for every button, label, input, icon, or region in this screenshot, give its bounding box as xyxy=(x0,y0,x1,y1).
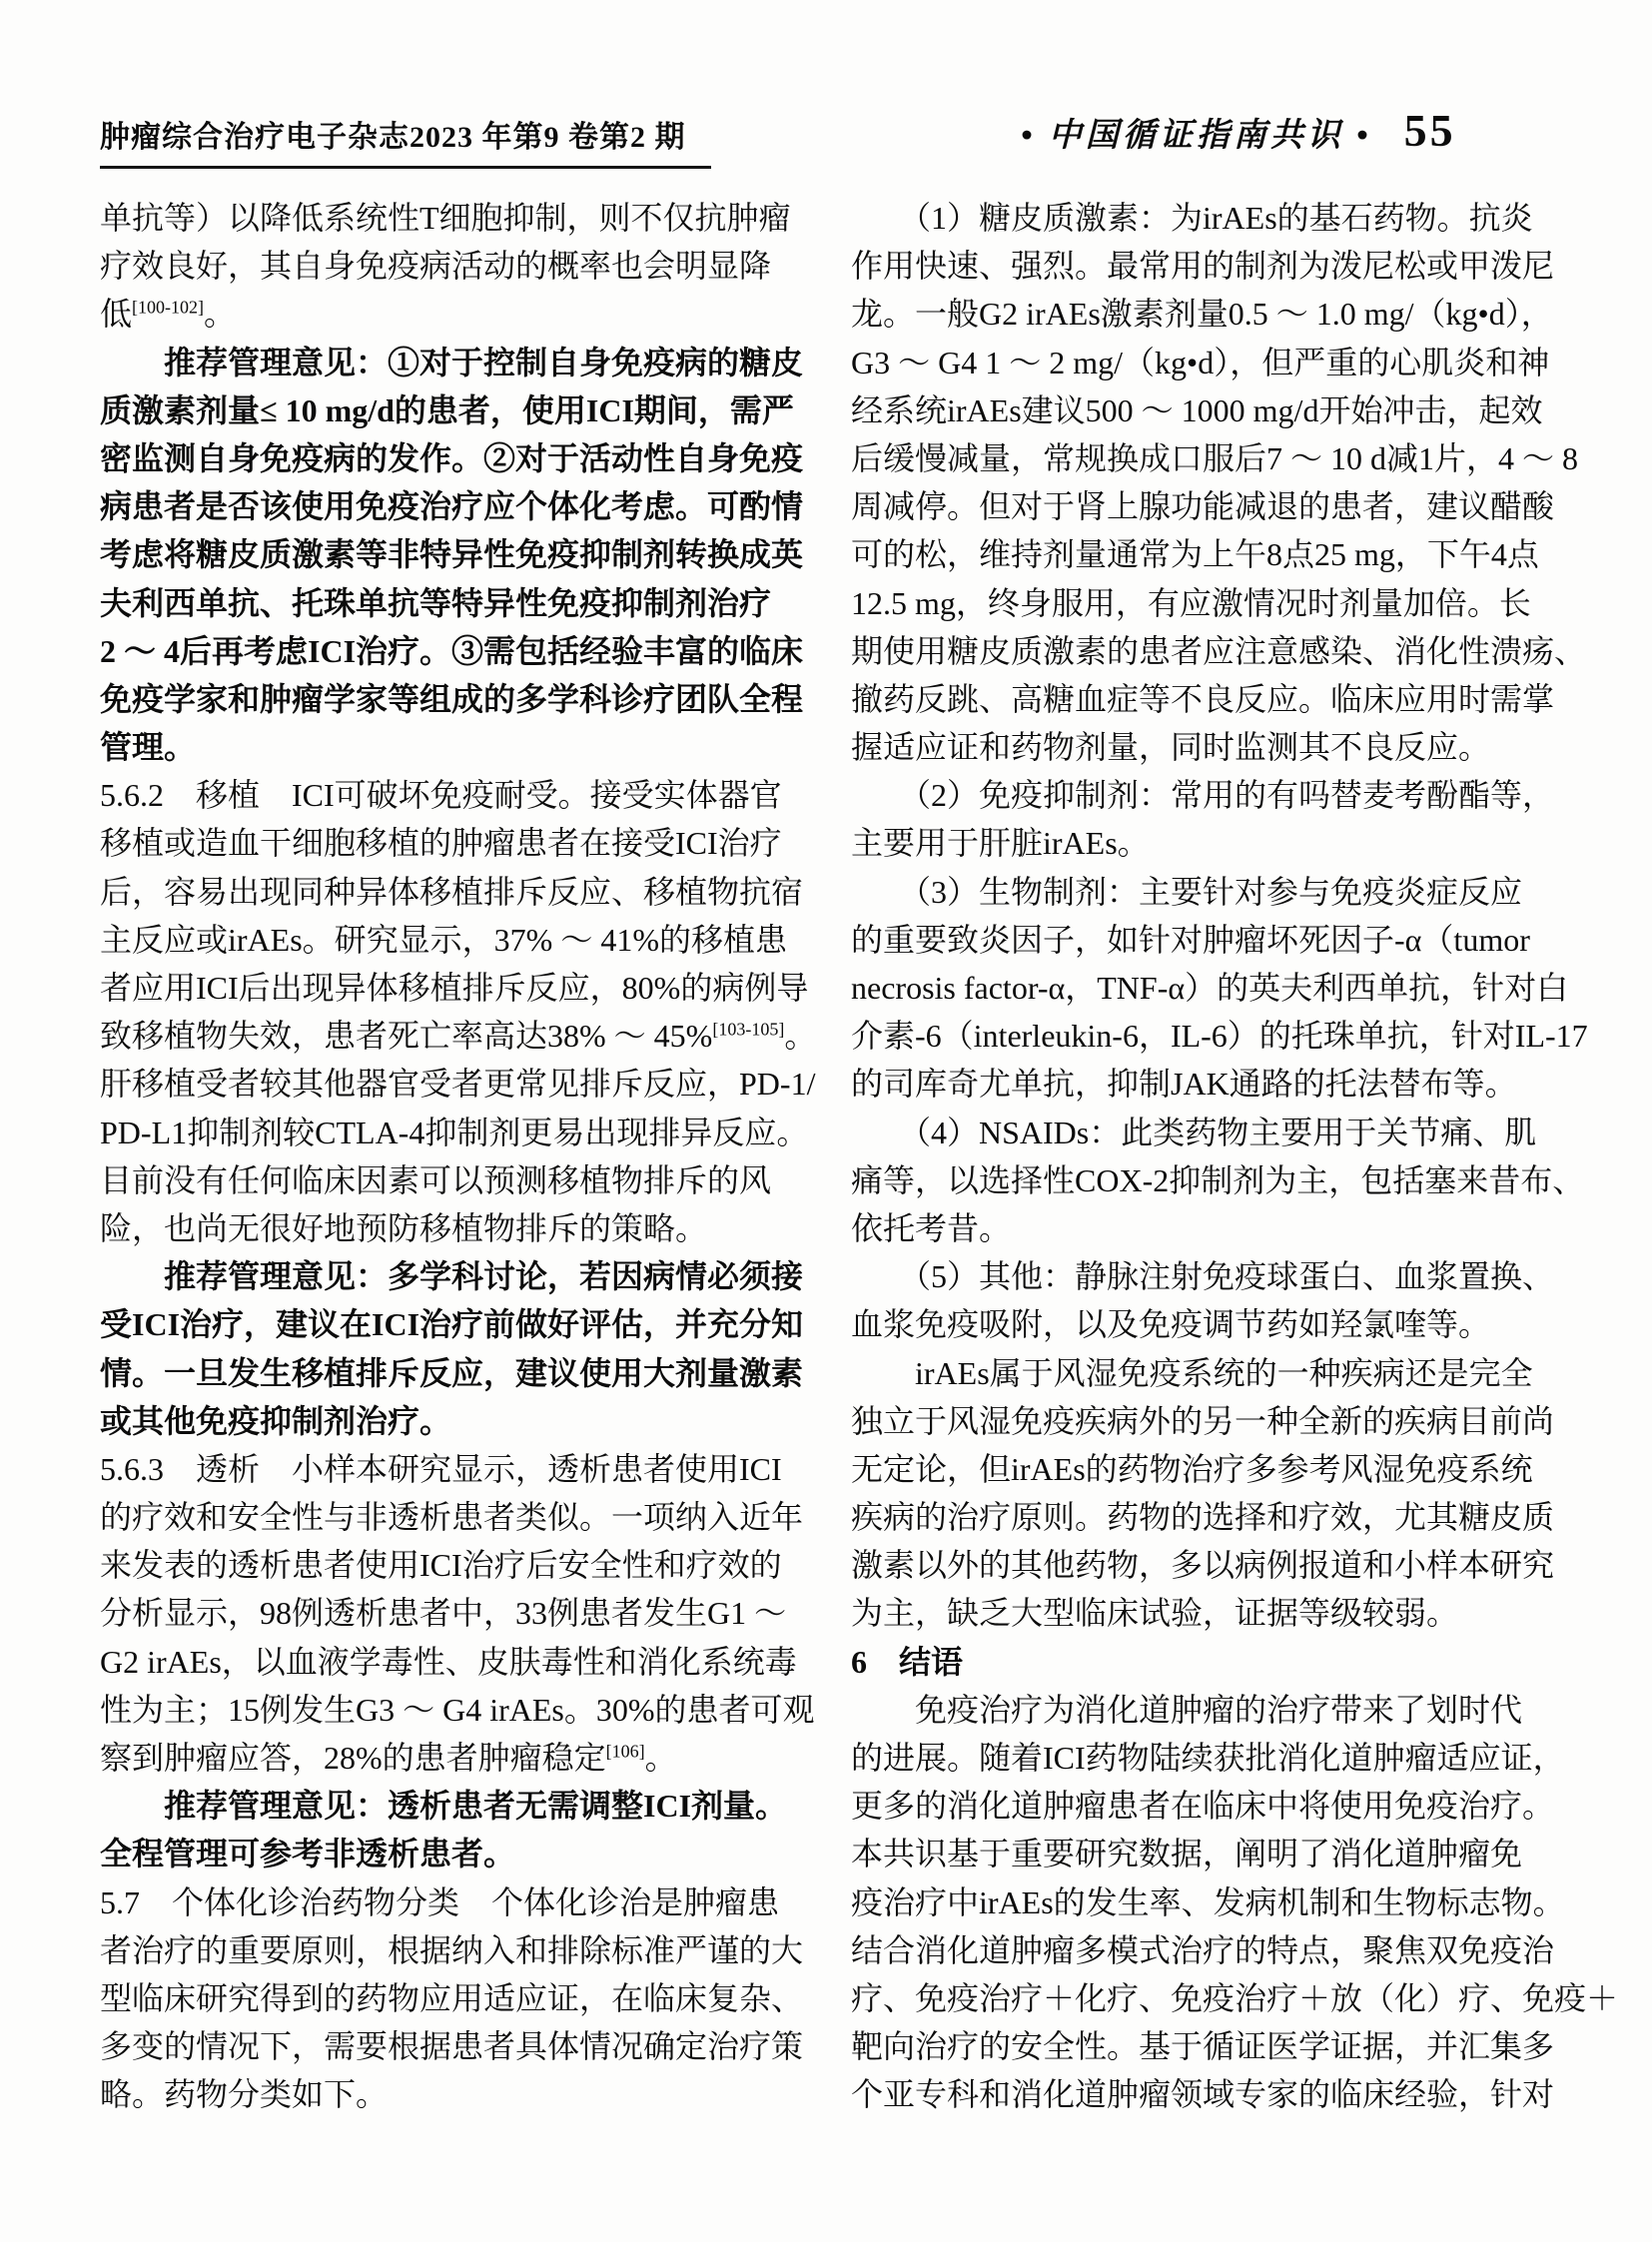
text-line: necrosis factor-α，TNF-α）的英夫利西单抗，针对白 xyxy=(851,964,1552,1012)
text-line: 痛等，以选择性COX-2抑制剂为主，包括塞来昔布、 xyxy=(851,1156,1552,1204)
text-line: irAEs属于风湿免疫系统的一种疾病还是完全 xyxy=(851,1349,1552,1397)
text-line: 主反应或irAEs。研究显示，37% ～ 41%的移植患 xyxy=(100,916,796,964)
text-line: 的重要致炎因子，如针对肿瘤坏死因子-α（tumor xyxy=(851,916,1552,964)
text-line: 为主，缺乏大型临床试验，证据等级较弱。 xyxy=(851,1589,1552,1637)
text-line: 疗、免疫治疗＋化疗、免疫治疗＋放（化）疗、免疫＋ xyxy=(851,1974,1552,2022)
text-line: 介素-6（interleukin-6，IL-6）的托珠单抗，针对IL-17 xyxy=(851,1012,1552,1060)
journal-title: 肿瘤综合治疗电子杂志2023 年第9 卷第2 期 xyxy=(100,112,711,169)
text-line: 疾病的治疗原则。药物的选择和疗效，尤其糖皮质 xyxy=(851,1493,1552,1541)
text-line: PD-L1抑制剂较CTLA-4抑制剂更易出现排异反应。 xyxy=(100,1109,796,1156)
text-line: 来发表的透析患者使用ICI治疗后安全性和疗效的 xyxy=(100,1541,796,1589)
text-line: 管理。 xyxy=(100,723,796,771)
text-line: 的司库奇尤单抗，抑制JAK通路的托法替布等。 xyxy=(851,1060,1552,1108)
text-line: 肝移植受者较其他器官受者更常见排斥反应，PD-1/ xyxy=(100,1060,796,1108)
text-line: 可的松，维持剂量通常为上午8点25 mg，下午4点 xyxy=(851,530,1552,578)
text-line: G3 ～ G4 1 ～ 2 mg/（kg•d），但严重的心肌炎和神 xyxy=(851,339,1552,386)
text-line: 多变的情况下，需要根据患者具体情况确定治疗策 xyxy=(100,2022,796,2070)
text-line: 5.6.3 透析 小样本研究显示，透析患者使用ICI xyxy=(100,1445,796,1493)
text-line: 2 ～ 4后再考虑ICI治疗。③需包括经验丰富的临床 xyxy=(100,627,796,675)
text-line: 性为主；15例发生G3 ～ G4 irAEs。30%的患者可观 xyxy=(100,1686,796,1734)
text-line: 激素以外的其他药物，多以病例报道和小样本研究 xyxy=(851,1541,1552,1589)
text-line: （3）生物制剂：主要针对参与免疫炎症反应 xyxy=(851,868,1552,916)
text-line: 本共识基于重要研究数据，阐明了消化道肿瘤免 xyxy=(851,1830,1552,1877)
text-line: 独立于风湿免疫疾病外的另一种全新的疾病目前尚 xyxy=(851,1397,1552,1445)
text-line: 推荐管理意见：透析患者无需调整ICI剂量。 xyxy=(100,1782,796,1830)
text-line: 目前没有任何临床因素可以预测移植物排斥的风 xyxy=(100,1156,796,1204)
text-line: 无定论，但irAEs的药物治疗多参考风湿免疫系统 xyxy=(851,1445,1552,1493)
text-line: 周减停。但对于肾上腺功能减退的患者，建议醋酸 xyxy=(851,482,1552,530)
text-line: （2）免疫抑制剂：常用的有吗替麦考酚酯等， xyxy=(851,771,1552,819)
text-line: 移植或造血干细胞移植的肿瘤患者在接受ICI治疗 xyxy=(100,819,796,867)
text-line: 5.7 个体化诊治药物分类 个体化诊治是肿瘤患 xyxy=(100,1878,796,1926)
text-line: 的进展。随着ICI药物陆续获批消化道肿瘤适应证， xyxy=(851,1734,1552,1782)
text-line: 或其他免疫抑制剂治疗。 xyxy=(100,1397,796,1445)
text-line: 全程管理可参考非透析患者。 xyxy=(100,1830,796,1877)
page-number: 55 xyxy=(1404,104,1456,157)
text-line: 低[100-102]。 xyxy=(100,290,796,338)
reference-superscript: [106] xyxy=(606,1741,645,1761)
text-line: 12.5 mg，终身服用，有应激情况时剂量加倍。长 xyxy=(851,579,1552,627)
journal-page: 肿瘤综合治疗电子杂志2023 年第9 卷第2 期 • 中国循证指南共识 • 55… xyxy=(0,0,1652,2242)
text-line: 的疗效和安全性与非透析患者类似。一项纳入近年 xyxy=(100,1493,796,1541)
text-line: 靶向治疗的安全性。基于循证医学证据，并汇集多 xyxy=(851,2022,1552,2070)
text-line: 后，容易出现同种异体移植排斥反应、移植物抗宿 xyxy=(100,868,796,916)
text-line: 免疫治疗为消化道肿瘤的治疗带来了划时代 xyxy=(851,1686,1552,1734)
text-line: 后缓慢减量，常规换成口服后7 ～ 10 d减1片，4 ～ 8 xyxy=(851,434,1552,482)
text-line: 撤药反跳、高糖血症等不良反应。临床应用时需掌 xyxy=(851,675,1552,723)
text-line: 密监测自身免疫病的发作。②对于活动性自身免疫 xyxy=(100,434,796,482)
reference-superscript: [103-105] xyxy=(712,1020,784,1040)
text-line: （1）糖皮质激素：为irAEs的基石药物。抗炎 xyxy=(851,194,1552,242)
right-text-column: （1）糖皮质激素：为irAEs的基石药物。抗炎作用快速、强烈。最常用的制剂为泼尼… xyxy=(851,194,1552,2119)
text-line: 作用快速、强烈。最常用的制剂为泼尼松或甲泼尼 xyxy=(851,242,1552,290)
text-line: 免疫学家和肿瘤学家等组成的多学科诊疗团队全程 xyxy=(100,675,796,723)
text-line: 推荐管理意见：①对于控制自身免疫病的糖皮 xyxy=(100,339,796,386)
text-line: 型临床研究得到的药物应用适应证，在临床复杂、 xyxy=(100,1974,796,2022)
text-line: 疫治疗中irAEs的发生率、发病机制和生物标志物。 xyxy=(851,1878,1552,1926)
text-line: 险，也尚无很好地预防移植物排斥的策略。 xyxy=(100,1204,796,1252)
text-line: 致移植物失效，患者死亡率高达38% ～ 45%[103-105]。 xyxy=(100,1012,796,1060)
text-line: 更多的消化道肿瘤患者在临床中将使用免疫治疗。 xyxy=(851,1782,1552,1830)
text-line: 依托考昔。 xyxy=(851,1204,1552,1252)
text-line: 情。一旦发生移植排斥反应，建议使用大剂量激素 xyxy=(100,1349,796,1397)
text-line: 单抗等）以降低系统性T细胞抑制，则不仅抗肿瘤 xyxy=(100,194,796,242)
text-line: 察到肿瘤应答，28%的患者肿瘤稳定[106]。 xyxy=(100,1734,796,1782)
text-line: （4）NSAIDs：此类药物主要用于关节痛、肌 xyxy=(851,1109,1552,1156)
text-line: 者治疗的重要原则，根据纳入和排除标准严谨的大 xyxy=(100,1926,796,1974)
running-head-right: • 中国循证指南共识 • 55 xyxy=(1021,104,1456,157)
text-line: 略。药物分类如下。 xyxy=(100,2070,796,2118)
reference-superscript: [100-102] xyxy=(132,298,204,318)
text-line: 个亚专科和消化道肿瘤领域专家的临床经验，针对 xyxy=(851,2070,1552,2118)
text-line: 握适应证和药物剂量，同时监测其不良反应。 xyxy=(851,723,1552,771)
text-line: （5）其他：静脉注射免疫球蛋白、血浆置换、 xyxy=(851,1252,1552,1300)
left-text-column: 单抗等）以降低系统性T细胞抑制，则不仅抗肿瘤疗效良好，其自身免疫病活动的概率也会… xyxy=(100,194,796,2119)
text-line: 质激素剂量≤ 10 mg/d的患者，使用ICI期间，需严 xyxy=(100,386,796,434)
text-line: 龙。一般G2 irAEs激素剂量0.5 ～ 1.0 mg/（kg•d）， xyxy=(851,290,1552,338)
text-line: 期使用糖皮质激素的患者应注意感染、消化性溃疡、 xyxy=(851,627,1552,675)
text-line: 推荐管理意见：多学科讨论，若因病情必须接 xyxy=(100,1252,796,1300)
text-line: 夫利西单抗、托珠单抗等特异性免疫抑制剂治疗 xyxy=(100,579,796,627)
text-line: 血浆免疫吸附，以及免疫调节药如羟氯喹等。 xyxy=(851,1300,1552,1348)
text-line: 考虑将糖皮质激素等非特异性免疫抑制剂转换成英 xyxy=(100,530,796,578)
section-heading: 6 结语 xyxy=(851,1638,1552,1686)
text-line: 经系统irAEs建议500 ～ 1000 mg/d开始冲击，起效 xyxy=(851,386,1552,434)
text-line: G2 irAEs，以血液学毒性、皮肤毒性和消化系统毒 xyxy=(100,1638,796,1686)
text-line: 分析显示，98例透析患者中，33例患者发生G1 ～ xyxy=(100,1589,796,1637)
text-line: 疗效良好，其自身免疫病活动的概率也会明显降 xyxy=(100,242,796,290)
text-line: 者应用ICI后出现异体移植排斥反应，80%的病例导 xyxy=(100,964,796,1012)
text-line: 病患者是否该使用免疫治疗应个体化考虑。可酌情 xyxy=(100,482,796,530)
text-line: 受ICI治疗，建议在ICI治疗前做好评估，并充分知 xyxy=(100,1300,796,1348)
text-line: 主要用于肝脏irAEs。 xyxy=(851,819,1552,867)
text-line: 结合消化道肿瘤多模式治疗的特点，聚焦双免疫治 xyxy=(851,1926,1552,1974)
header-section-label: • 中国循证指南共识 • xyxy=(1021,109,1372,156)
text-line: 5.6.2 移植 ICI可破坏免疫耐受。接受实体器官 xyxy=(100,771,796,819)
